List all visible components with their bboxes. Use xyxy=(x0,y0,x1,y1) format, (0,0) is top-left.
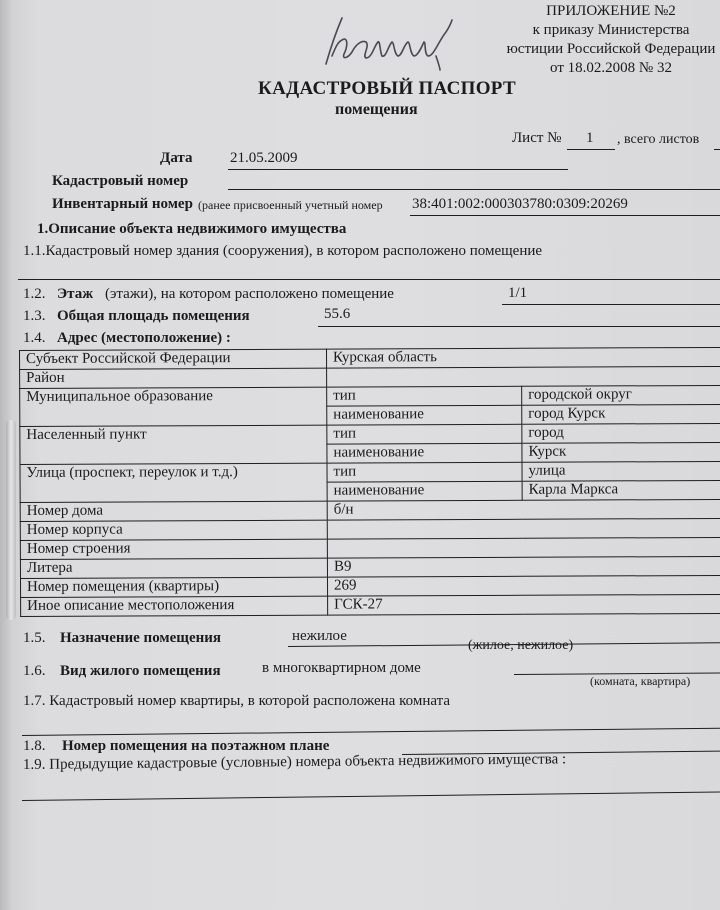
item-1-5-label: Назначение помещения xyxy=(60,630,221,647)
item-1-7-line xyxy=(22,728,720,736)
building-value xyxy=(327,518,720,539)
litera-label: Литера xyxy=(20,558,327,578)
municipality-name-value: город Курск xyxy=(522,404,720,424)
appendix-line-4: от 18.02.2008 № 32 xyxy=(506,59,716,78)
date-label: Дата xyxy=(160,150,192,167)
item-1-7-label: 1.7. Кадастровый номер квартиры, в котор… xyxy=(23,693,450,710)
locality-type-label: тип xyxy=(327,424,522,444)
subject-label: Субъект Российской Федерации xyxy=(20,349,327,369)
locality-name-label: наименование xyxy=(327,443,522,463)
municipality-type-label: тип xyxy=(327,386,522,406)
structure-value xyxy=(327,537,720,558)
item-1-4-number: 1.4. xyxy=(23,330,46,347)
street-name-label: наименование xyxy=(327,481,522,501)
municipality-type-value: городской округ xyxy=(522,385,720,405)
district-value xyxy=(327,366,720,387)
inventory-note: (ранее присвоенный учетный номер xyxy=(198,198,383,213)
other-description-label: Иное описание местоположения xyxy=(21,596,328,616)
cadastral-number-line xyxy=(228,189,720,190)
signature-icon xyxy=(318,12,518,72)
item-1-8-number: 1.8. xyxy=(23,738,46,755)
document-subtitle: помещения xyxy=(335,101,418,119)
appendix-line-2: к приказу Министерства xyxy=(506,21,716,40)
appendix-header: ПРИЛОЖЕНИЕ №2 к приказу Министерства юст… xyxy=(506,2,716,78)
subject-value: Курская область xyxy=(326,347,720,368)
appendix-line-3: юстиции Российской Федерации xyxy=(506,40,716,59)
district-label: Район xyxy=(20,368,327,388)
inventory-number-value: 38:401:002:000303780:0309:20269 xyxy=(412,196,628,213)
item-1-5-number: 1.5. xyxy=(23,630,46,647)
item-1-3-line xyxy=(318,326,720,327)
item-1-6-number: 1.6. xyxy=(23,663,46,680)
sheet-total-line xyxy=(714,149,720,150)
item-1-9-line xyxy=(22,791,720,801)
sheet-number: 1 xyxy=(586,130,594,147)
street-name-value: Карла Маркса xyxy=(522,480,720,500)
inventory-number-label: Инвентарный номер xyxy=(52,196,198,213)
table-row: Иное описание местоположения ГСК-27 xyxy=(21,594,720,616)
item-1-4-label: Адрес (местоположение) : xyxy=(57,330,231,347)
appendix-line-1: ПРИЛОЖЕНИЕ №2 xyxy=(506,2,716,21)
street-type-value: улица xyxy=(522,461,720,481)
date-line xyxy=(228,169,568,170)
item-1-2-value: 1/1 xyxy=(508,285,527,302)
locality-name-value: Курск xyxy=(522,442,720,462)
document-title: КАДАСТРОВЫЙ ПАСПОРТ xyxy=(258,78,516,100)
sheet-label: Лист № xyxy=(512,130,561,147)
street-type-label: тип xyxy=(327,462,522,482)
item-1-6-hint: (комната, квартира) xyxy=(590,674,690,689)
item-1-6-value: в многоквартирном доме xyxy=(262,660,421,677)
item-1-2-line xyxy=(502,304,720,305)
premises-label: Номер помещения (квартиры) xyxy=(20,577,327,597)
premises-value: 269 xyxy=(327,575,720,596)
section-1-heading: 1.Описание объекта недвижимого имущества xyxy=(37,221,346,238)
date-value: 21.05.2009 xyxy=(230,150,298,167)
inventory-number-line xyxy=(410,215,720,216)
municipality-label: Муниципальное образование xyxy=(20,387,327,426)
item-1-5-hint: (жилое, нежилое) xyxy=(468,638,573,654)
house-value: б/н xyxy=(327,499,720,520)
item-1-2-label: (этажи), на котором расположено помещени… xyxy=(105,286,394,303)
item-1-1-line xyxy=(18,279,720,280)
item-1-2-label-bold: Этаж xyxy=(57,286,93,303)
litera-value: В9 xyxy=(327,556,720,577)
sheet-number-line xyxy=(567,149,615,150)
document-page: ПРИЛОЖЕНИЕ №2 к приказу Министерства юст… xyxy=(0,0,720,910)
paper-fold xyxy=(6,420,16,620)
item-1-1-label: 1.1.Кадастровый номер здания (сооружения… xyxy=(23,243,542,260)
item-1-3-number: 1.3. xyxy=(23,308,46,325)
item-1-3-label: Общая площадь помещения xyxy=(57,308,250,325)
structure-label: Номер строения xyxy=(20,539,327,559)
building-label: Номер корпуса xyxy=(20,520,327,540)
other-description-value: ГСК-27 xyxy=(328,594,720,615)
item-1-2-number: 1.2. xyxy=(23,286,46,303)
cadastral-number-label: Кадастровый номер xyxy=(52,173,188,190)
item-1-5-value: нежилое xyxy=(292,628,347,645)
house-label: Номер дома xyxy=(20,501,327,521)
street-label: Улица (проспект, переулок и т.д.) xyxy=(20,463,327,502)
locality-label: Населенный пункт xyxy=(20,425,327,464)
address-table: Субъект Российской Федерации Курская обл… xyxy=(19,347,720,617)
item-1-6-label: Вид жилого помещения xyxy=(60,663,221,680)
municipality-name-label: наименование xyxy=(327,405,522,425)
item-1-3-value: 55.6 xyxy=(324,306,350,323)
locality-type-value: город xyxy=(522,423,720,443)
item-1-8-label: Номер помещения на поэтажном плане xyxy=(62,738,329,755)
sheet-total-label: , всего листов xyxy=(617,132,699,148)
